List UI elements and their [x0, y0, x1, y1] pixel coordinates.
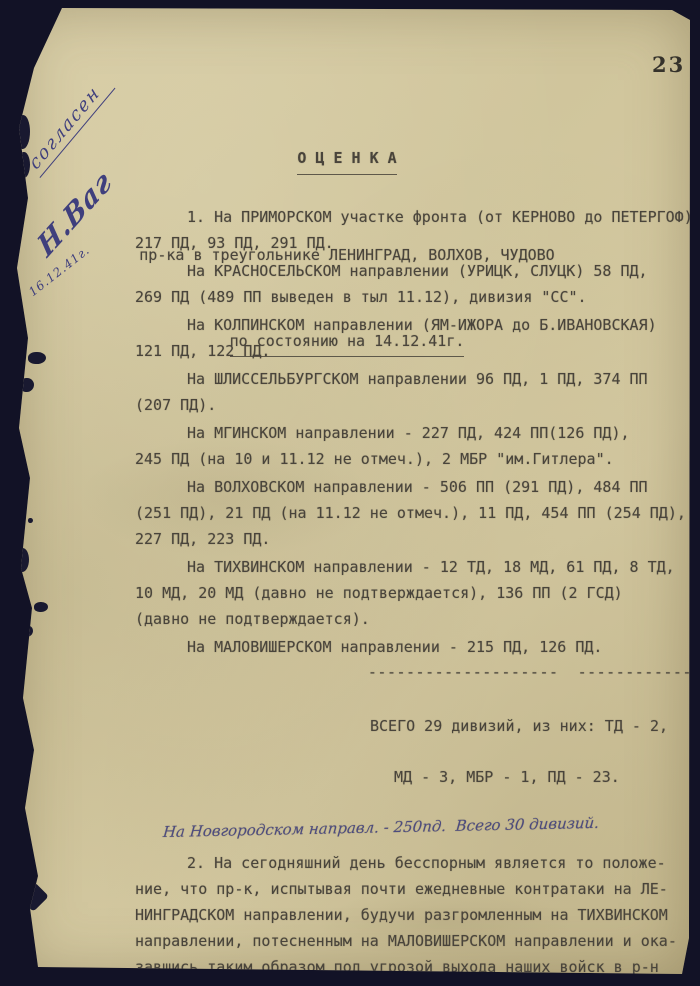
ink-blot [20, 378, 34, 392]
ink-blot [20, 625, 33, 637]
totals-block: ВСЕГО 29 дивизий, из них: ТД - 2, МД - 3… [370, 684, 700, 820]
typed-line: 10 МД, 20 МД (давно не подтверждается), … [135, 580, 700, 606]
punch-hole [19, 882, 49, 912]
typed-line: 245 ПД (на 10 и 11.12 не отмеч.), 2 МБР … [135, 446, 700, 472]
typed-line: 227 ПД, 223 ПД. [135, 526, 700, 552]
paragraph-shlisselburgsky: На ШЛИССЕЛЬБУРГСКОМ направлении 96 ПД, 1… [135, 366, 700, 418]
ink-blot [16, 115, 30, 149]
paragraph-volkhovsky: На ВОЛХОВСКОМ направлении - 506 ПП (291 … [135, 474, 700, 552]
paragraph-malovishersky: На МАЛОВИШЕРСКОМ направлении - 215 ПД, 1… [135, 634, 700, 660]
approval-note: согласен [24, 71, 115, 178]
typed-line: На МГИНСКОМ направлении - 227 ПД, 424 ПП… [135, 420, 700, 446]
document-title: О Ц Е Н К А [297, 144, 396, 175]
totals-line1: ВСЕГО 29 дивизий, из них: ТД - 2, [370, 718, 700, 735]
typed-line: завшись таким образом под угрозой выхода… [135, 954, 700, 980]
paragraph-kolpinsky: На КОЛПИНСКОМ направлении (ЯМ-ИЖОРА до Б… [135, 312, 700, 364]
dashed-separator: -------------------- -------------- [135, 662, 700, 682]
typed-line: На КРАСНОСЕЛЬСКОМ направлении (УРИЦК, СЛ… [135, 258, 700, 284]
typed-line: 269 ПД (489 ПП выведен в тыл 11.12), див… [135, 284, 700, 310]
typed-line: На ВОЛХОВСКОМ направлении - 506 ПП (291 … [135, 474, 700, 500]
typed-line: На МАЛОВИШЕРСКОМ направлении - 215 ПД, 1… [135, 634, 700, 660]
ink-blot [28, 352, 46, 364]
typed-line: (207 ПД). [135, 392, 700, 418]
paragraph-tikhvinsky: На ТИХВИНСКОМ направлении - 12 ТД, 18 МД… [135, 554, 700, 632]
paragraph-mginsky: На МГИНСКОМ направлении - 227 ПД, 424 ПП… [135, 420, 700, 472]
typed-line: направлении, потесненным на МАЛОВИШЕРСКО… [135, 928, 700, 954]
ink-blot [28, 518, 33, 523]
typed-line: 121 ПД, 122 ПД. [135, 338, 700, 364]
paragraph-situation-assessment: 2. На сегодняшний день бесспорным являет… [135, 850, 700, 980]
ink-blot [26, 956, 31, 966]
typed-line: ние, что пр-к, испытывая почти ежедневны… [135, 876, 700, 902]
handwritten-note: На Новгородском направл. - 250пд. Всего … [162, 809, 700, 843]
ink-blot [34, 602, 48, 612]
typed-line: 217 ПД, 93 ПД, 291 ПД. [135, 230, 700, 256]
document-body: 1. На ПРИМОРСКОМ участке фронта (от КЕРН… [135, 204, 700, 982]
typed-line: На КОЛПИНСКОМ направлении (ЯМ-ИЖОРА до Б… [135, 312, 700, 338]
totals-line2: МД - 3, МБР - 1, ПД - 23. [394, 769, 700, 786]
page-number: 23 [652, 52, 685, 77]
paragraph-krasnoselsky: На КРАСНОСЕЛЬСКОМ направлении (УРИЦК, СЛ… [135, 258, 700, 310]
ink-blot [16, 548, 29, 572]
paragraph-primorsky: 1. На ПРИМОРСКОМ участке фронта (от КЕРН… [135, 204, 700, 256]
typed-line: (давно не подтверждается). [135, 606, 700, 632]
typed-line: НИНГРАДСКОМ направлении, будучи разгромл… [135, 902, 700, 928]
typed-line: 1. На ПРИМОРСКОМ участке фронта (от КЕРН… [135, 204, 700, 230]
typed-line: На ТИХВИНСКОМ направлении - 12 ТД, 18 МД… [135, 554, 700, 580]
typed-line: На ШЛИССЕЛЬБУРГСКОМ направлении 96 ПД, 1… [135, 366, 700, 392]
document-page: 23 О Ц Е Н К А пр-ка в треугольнике ЛЕНИ… [16, 8, 690, 974]
typed-line: 2. На сегодняшний день бесспорным являет… [135, 850, 700, 876]
typed-line: (251 ПД), 21 ПД (на 11.12 не отмеч.), 11… [135, 500, 700, 526]
